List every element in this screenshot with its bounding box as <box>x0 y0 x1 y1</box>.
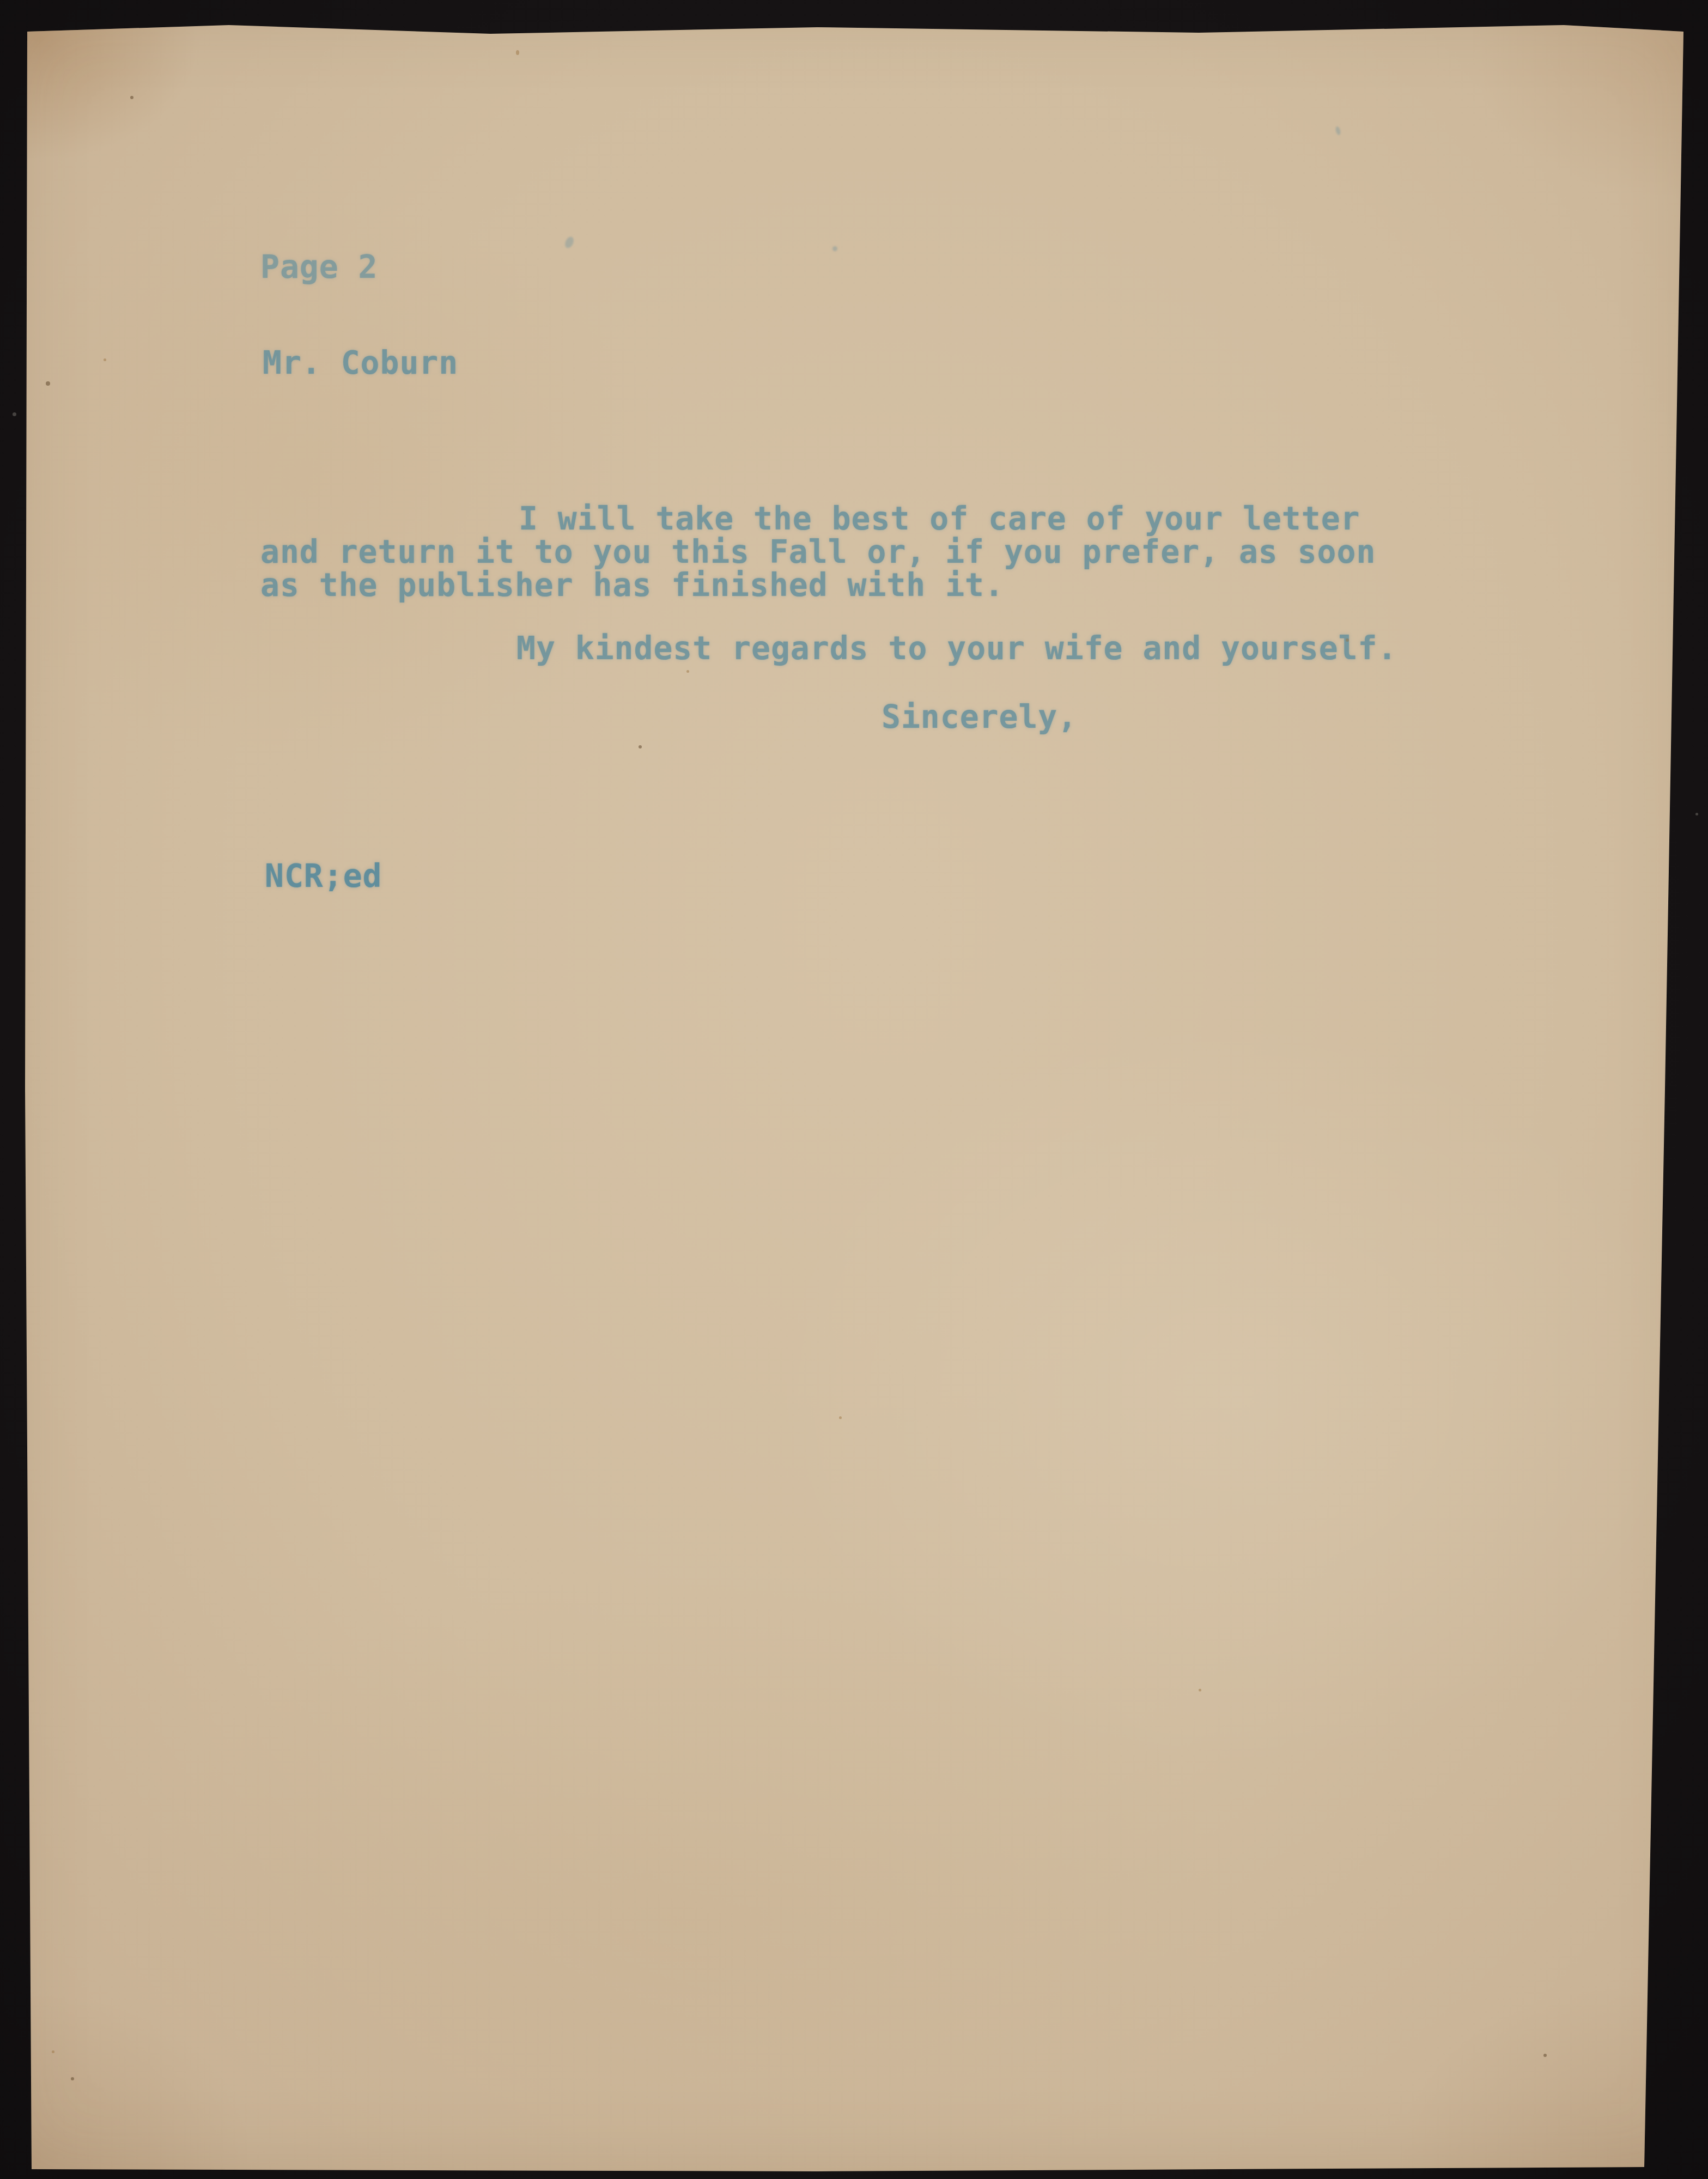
paper-speck <box>1346 638 1349 642</box>
ink-smudge <box>563 235 575 249</box>
body-line: as the publisher has finished with it. <box>260 569 1004 601</box>
dust-fleck <box>1695 813 1698 815</box>
body-line: and return it to you this Fall or, if yo… <box>260 535 1376 568</box>
ink-smudge <box>832 246 837 251</box>
initials-line: NCR;ed <box>265 860 382 892</box>
ink-smudge <box>1335 126 1341 136</box>
body-line: I will take the best of care of your let… <box>519 502 1360 535</box>
salutation-line: Mr. Coburn <box>263 346 458 379</box>
paper-speck <box>839 1416 842 1419</box>
scan-backing: Page 2 Mr. Coburn I will take the best o… <box>0 0 1708 2179</box>
regards-line: My kindest regards to your wife and your… <box>516 632 1397 665</box>
dust-fleck <box>13 412 16 416</box>
paper-speck <box>639 745 642 748</box>
paper-speck <box>516 50 519 55</box>
paper-speck <box>52 2050 54 2053</box>
paper-speck <box>71 2077 74 2080</box>
closing-line: Sincerely, <box>882 701 1077 733</box>
paper-speck <box>1543 2054 1547 2057</box>
paper-speck <box>1199 1689 1201 1691</box>
paper-speck <box>46 381 50 386</box>
page-number-line: Page 2 <box>260 251 378 283</box>
paper-speck <box>686 670 689 673</box>
paper-speck <box>104 358 106 361</box>
paper-speck <box>130 96 133 99</box>
letter-paper: Page 2 Mr. Coburn I will take the best o… <box>0 0 1708 2179</box>
